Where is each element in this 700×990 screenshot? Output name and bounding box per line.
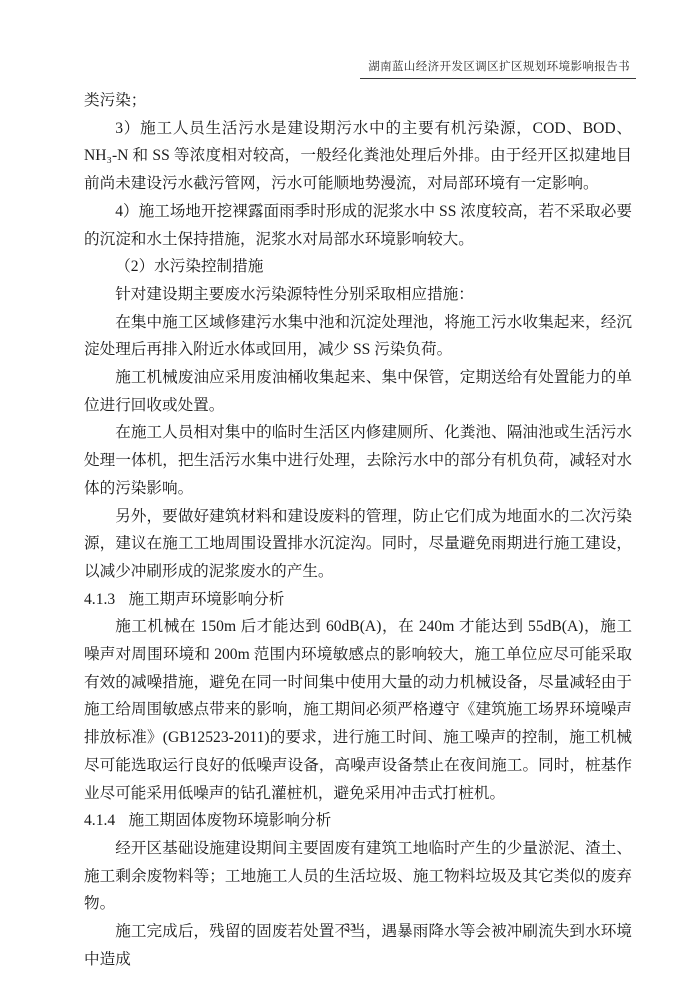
section-title: 施工期声环境影响分析 bbox=[128, 591, 284, 608]
body-paragraph: 3）施工人员生活污水是建设期污水中的主要有机污染源，COD、BOD、NH₃-N … bbox=[84, 115, 632, 198]
section-title: 施工期固体废物环境影响分析 bbox=[128, 812, 331, 829]
document-body: 类污染； 3）施工人员生活污水是建设期污水中的主要有机污染源，COD、BOD、N… bbox=[84, 87, 632, 974]
page-footer: 33 bbox=[0, 920, 700, 935]
body-paragraph: 在施工人员相对集中的临时生活区内修建厕所、化粪池、隔油池或生活污水处理一体机，把… bbox=[84, 419, 632, 502]
body-paragraph: 在集中施工区域修建污水集中池和沉淀处理池，将施工污水收集起来，经沉淀处理后再排入… bbox=[84, 309, 632, 364]
body-paragraph: 针对建设期主要废水污染源特性分别采取相应措施： bbox=[84, 281, 632, 309]
body-paragraph: 另外，要做好建筑材料和建设废料的管理，防止它们成为地面水的二次污染源，建议在施工… bbox=[84, 503, 632, 586]
section-number: 4.1.4 bbox=[84, 812, 115, 829]
body-paragraph: 经开区基础设施建设期间主要固废有建筑工地临时产生的少量淤泥、渣土、施工剩余废物料… bbox=[84, 835, 632, 918]
continuation-line: 类污染； bbox=[84, 87, 632, 115]
body-paragraph: 施工机械废油应采用废油桶收集起来、集中保管，定期送给有处置能力的单位进行回收或处… bbox=[84, 364, 632, 419]
page-number: 33 bbox=[344, 920, 356, 934]
body-paragraph: 施工机械在 150m 后才能达到 60dB(A)，在 240m 才能达到 55d… bbox=[84, 613, 632, 807]
page-header: 湖南蓝山经济开发区调区扩区规划环境影响报告书 bbox=[360, 57, 636, 79]
section-heading: 4.1.4施工期固体废物环境影响分析 bbox=[84, 807, 632, 835]
document-page: 湖南蓝山经济开发区调区扩区规划环境影响报告书 类污染； 3）施工人员生活污水是建… bbox=[0, 0, 700, 990]
section-heading: 4.1.3施工期声环境影响分析 bbox=[84, 586, 632, 614]
subsection-label: （2）水污染控制措施 bbox=[84, 253, 632, 281]
body-paragraph: 4）施工场地开挖裸露面雨季时形成的泥浆水中 SS 浓度较高，若不采取必要的沉淀和… bbox=[84, 198, 632, 253]
running-header-title: 湖南蓝山经济开发区调区扩区规划环境影响报告书 bbox=[360, 58, 636, 79]
section-number: 4.1.3 bbox=[84, 591, 115, 608]
